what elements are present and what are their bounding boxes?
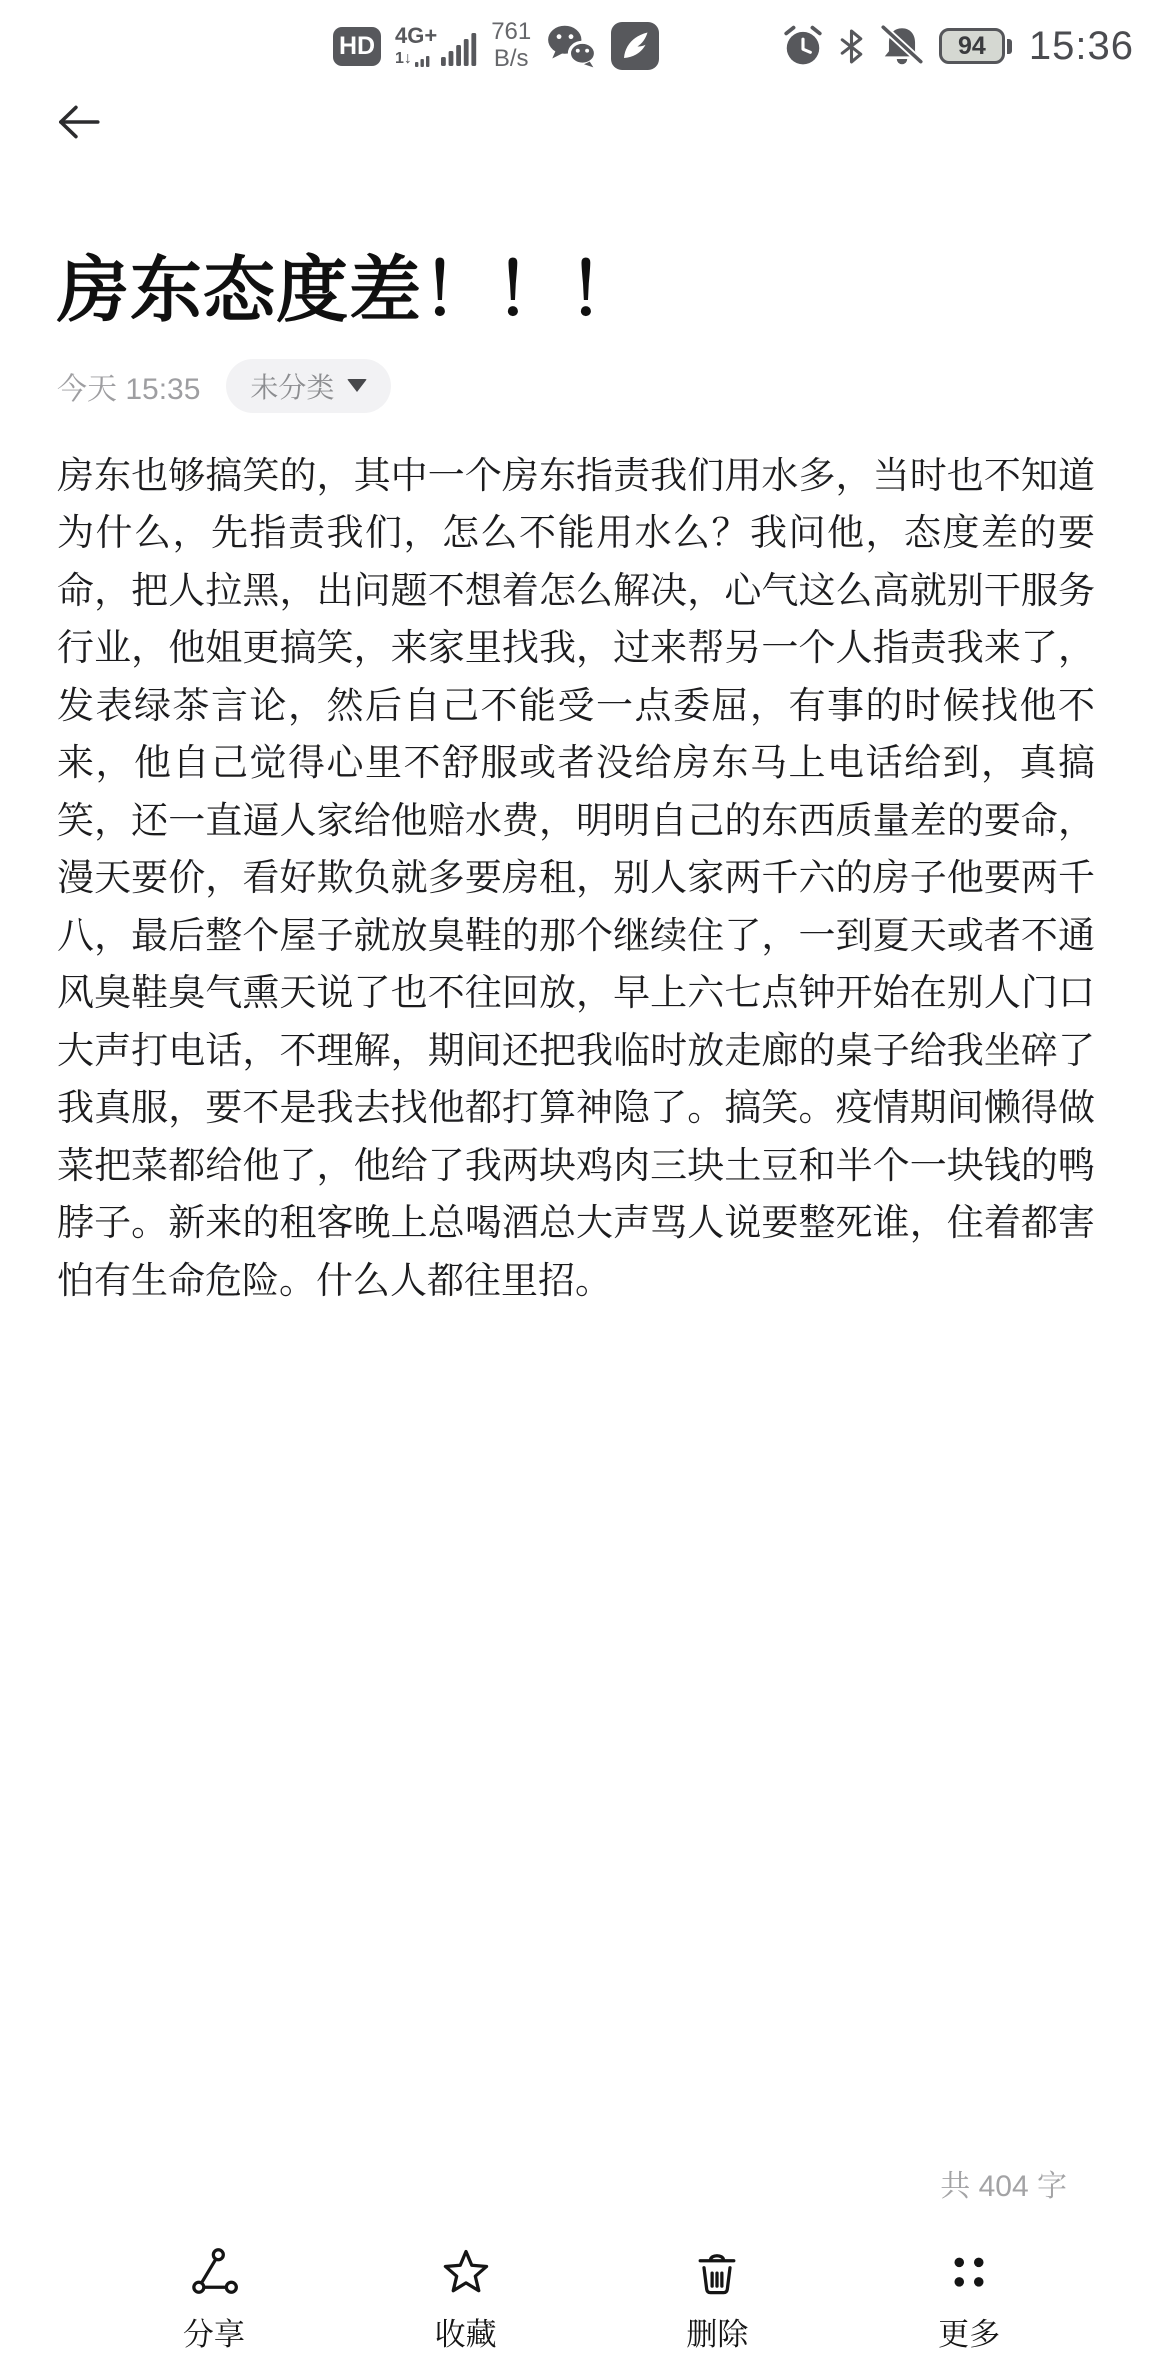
hd-voice-icon: HD	[333, 27, 381, 66]
note-meta-row: 今天 15:35 未分类	[57, 359, 1095, 413]
battery-icon: 94	[939, 28, 1012, 64]
speed-value: 761	[491, 19, 531, 46]
word-count: 共 404 字	[940, 2161, 1067, 2205]
notifications-muted-icon	[878, 24, 926, 68]
alarm-icon	[781, 24, 825, 68]
delete-label: 删除	[686, 2309, 748, 2354]
status-bar: HD 4G+ 1↓	[0, 0, 1152, 90]
cellular-signal-icon: 4G+ 1↓	[395, 25, 477, 67]
wing-app-icon	[611, 22, 659, 70]
note-body[interactable]: 房东也够搞笑的，其中一个房东指责我们用水多，当时也不知道为什么，先指责我们，怎么…	[57, 447, 1095, 1310]
category-selector[interactable]: 未分类	[226, 359, 391, 413]
status-left-cluster: HD 4G+ 1↓	[333, 18, 659, 74]
network-type-label: 4G+	[395, 25, 437, 47]
favorite-button[interactable]: 收藏	[340, 2245, 592, 2354]
star-icon	[440, 2245, 492, 2297]
share-label: 分享	[183, 2309, 245, 2354]
speed-unit: B/s	[494, 46, 529, 73]
status-right-cluster: 94 15:36	[781, 20, 1134, 72]
back-arrow-icon	[53, 97, 103, 147]
battery-percent-label: 94	[958, 32, 986, 61]
share-icon	[188, 2245, 240, 2297]
sim2-mini-bars-icon	[415, 54, 431, 67]
network-speed-indicator: 761 B/s	[491, 19, 531, 73]
chevron-down-icon	[347, 379, 367, 392]
category-label: 未分类	[250, 366, 334, 406]
sim2-indicator-label: 1↓	[395, 51, 412, 67]
share-button[interactable]: 分享	[88, 2245, 340, 2354]
signal-bars-icon	[441, 29, 477, 67]
more-label: 更多	[938, 2309, 1000, 2354]
clock-label: 15:36	[1029, 24, 1134, 69]
delete-button[interactable]: 删除	[592, 2245, 844, 2354]
bottom-toolbar: 分享 收藏 删除 更多	[0, 2226, 1152, 2376]
back-button[interactable]	[52, 96, 104, 148]
note-modified-time: 今天 15:35	[57, 364, 200, 408]
note-title[interactable]: 房东态度差！！！	[57, 250, 1095, 333]
bluetooth-icon	[838, 28, 865, 65]
more-button[interactable]: 更多	[843, 2245, 1095, 2354]
more-icon	[943, 2245, 995, 2297]
nav-bar	[0, 90, 1152, 152]
wechat-icon	[545, 23, 597, 69]
trash-icon	[691, 2245, 743, 2297]
notes-app-screen: HD 4G+ 1↓	[0, 0, 1152, 2376]
favorite-label: 收藏	[435, 2309, 497, 2354]
